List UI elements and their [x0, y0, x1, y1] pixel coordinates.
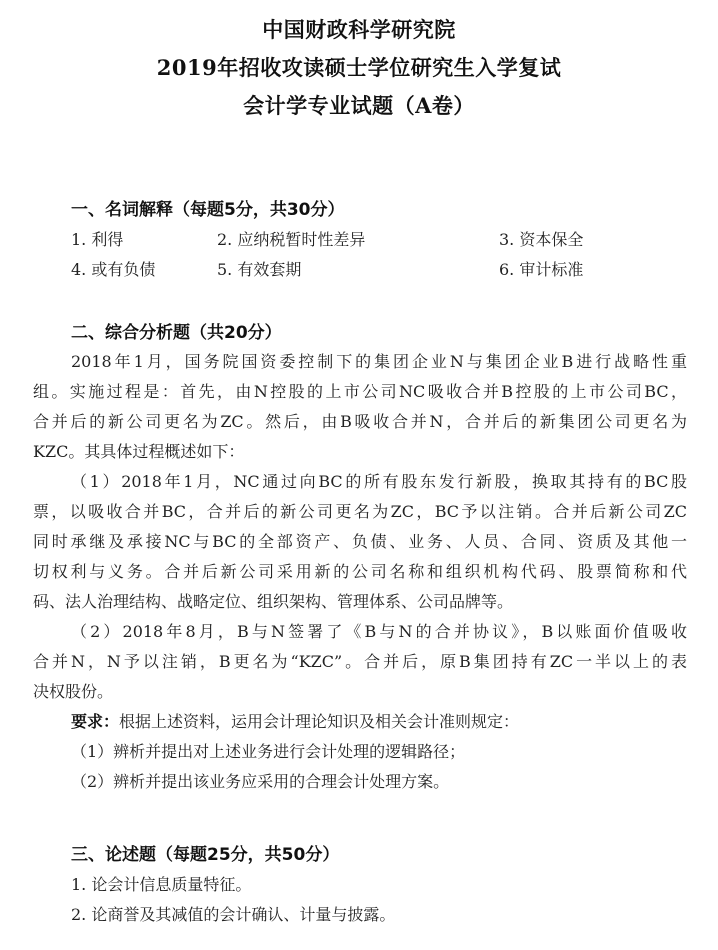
term-item: 5. 有效套期 — [217, 258, 301, 282]
paragraph-line: 码、法人治理结构、战略定位、组织架构、管理体系、公司品牌等。 — [33, 590, 687, 614]
requirement-text: 根据上述资料，运用会计理论知识及相关会计准则规定： — [119, 712, 519, 731]
term-item: 4. 或有负债 — [71, 258, 155, 282]
paragraph-line: （2）2018年8月，B与N签署了《B与N的合并协议》，B以账面价值吸收 — [71, 620, 687, 644]
section1-heading: 一、名词解释（每题5分，共30分） — [71, 198, 345, 222]
essay-item: 2. 论商誉及其减值的会计确认、计量与披露。 — [71, 903, 395, 927]
paragraph-line: （1）2018年1月，NC通过向BC的所有股东发行新股，换取其持有的BC股 — [71, 470, 687, 494]
term-item: 3. 资本保全 — [499, 228, 583, 252]
paragraph-line: 合并N，N予以注销，B更名为“KZC”。合并后，原B集团持有ZC一半以上的表 — [33, 650, 687, 674]
term-item: 1. 利得 — [71, 228, 123, 252]
institution-title: 中国财政科学研究院 — [0, 17, 718, 43]
essay-item: 1. 论会计信息质量特征。 — [71, 873, 251, 897]
requirement-line: 要求：根据上述资料，运用会计理论知识及相关会计准则规定： — [71, 710, 519, 734]
requirement-item: （1）辨析并提出对上述业务进行会计处理的逻辑路径； — [71, 740, 465, 764]
paragraph-line: 切权利与义务。合并后新公司采用新的公司名称和组织机构代码、股票简称和代 — [33, 560, 687, 584]
paragraph-line: 同时承继及承接NC与BC的全部资产、负债、业务、人员、合同、资质及其他一 — [33, 530, 687, 554]
section2-heading: 二、综合分析题（共20分） — [71, 321, 282, 345]
term-item: 6. 审计标准 — [499, 258, 583, 282]
requirement-label: 要求： — [71, 712, 119, 731]
paragraph-line: 决权股份。 — [33, 680, 687, 704]
paper-title: 会计学专业试题（A卷） — [0, 93, 718, 119]
requirement-item: （2）辨析并提出该业务应采用的合理会计处理方案。 — [71, 770, 449, 794]
term-item: 2. 应纳税暂时性差异 — [217, 228, 365, 252]
paragraph-line: KZC。其具体过程概述如下： — [33, 440, 687, 464]
paragraph-line: 组。实施过程是：首先，由N控股的上市公司NC吸收合并B控股的上市公司BC， — [33, 380, 687, 404]
paragraph-line: 票，以吸收合并BC，合并后的新公司更名为ZC，BC予以注销。合并后新公司ZC — [33, 500, 687, 524]
exam-subtitle: 2019年招收攻读硕士学位研究生入学复试 — [0, 55, 718, 81]
paragraph-line: 2018年1月，国务院国资委控制下的集团企业N与集团企业B进行战略性重 — [71, 350, 687, 374]
paragraph-line: 合并后的新公司更名为ZC。然后，由B吸收合并N，合并后的新集团公司更名为 — [33, 410, 687, 434]
section3-heading: 三、论述题（每题25分，共50分） — [71, 843, 339, 867]
